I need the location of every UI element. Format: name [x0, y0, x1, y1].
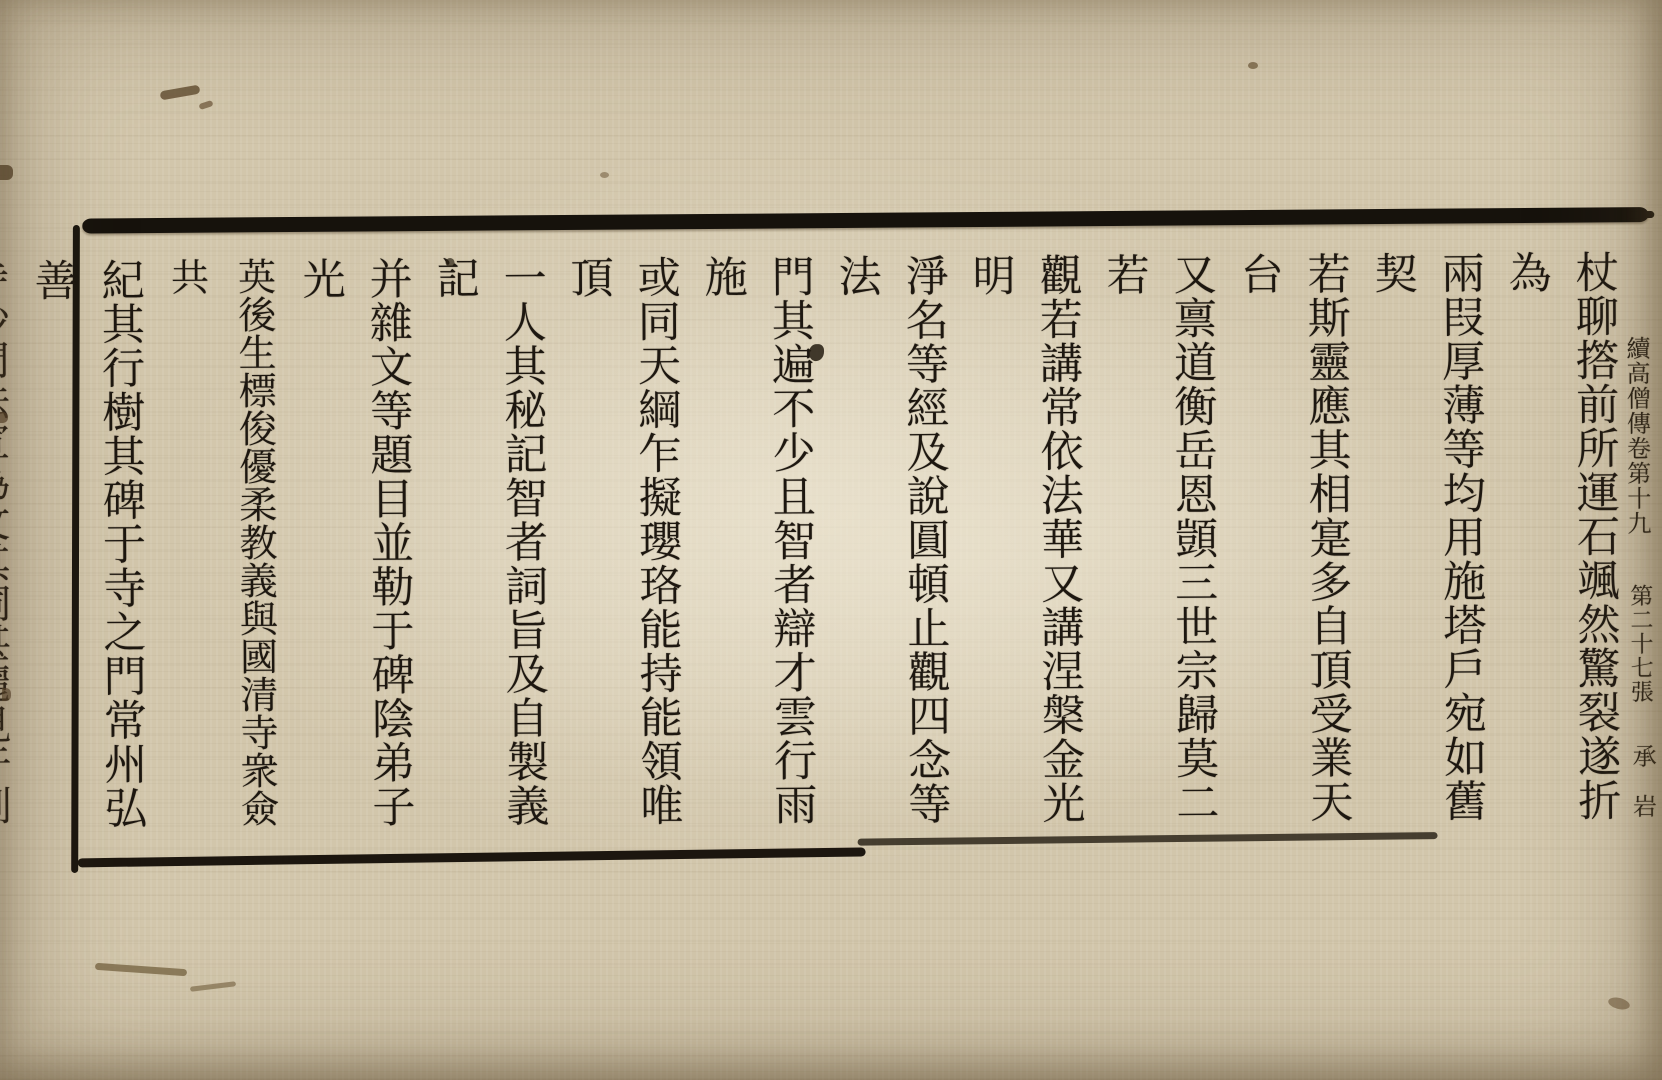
text-column: 觀若講常依法華又講涅槃金光明: [957, 253, 1094, 858]
margin-volume-title: 續高僧傳卷第十九: [1619, 336, 1655, 536]
text-column: 若斯靈應其相寔多自頂受業天台: [1224, 251, 1361, 856]
margin-sheet-number: 第二十七張: [1623, 584, 1657, 704]
text-frame: 杖聊撘前所運石颯然驚裂遂折為 兩叚厚薄等均用施塔戶宛如舊契 若斯靈應其相寔多自頂…: [0, 0, 1662, 1080]
text-column: 淨名等經及說圓頓止觀四念等法: [823, 253, 960, 858]
text-column: 杖聊撘前所運石颯然驚裂遂折為: [1492, 250, 1629, 855]
text-column: 門其遍不少且智者辯才雲行雨施: [689, 254, 826, 859]
text-column: 又禀道衡岳恩顗三世宗歸莫二若: [1090, 252, 1227, 857]
margin-carver-mark: 岩: [1625, 794, 1660, 819]
text-column: 或同天綱乍擬瓔珞能持能領唯頂: [555, 255, 692, 860]
text-column: 英後生標俊優柔教義與國清寺衆僉共: [153, 257, 290, 862]
scanned-page: { "document": { "kind": "woodblock-print…: [0, 0, 1662, 1080]
border-top-line: [82, 207, 1648, 233]
text-column: 一人其秘記智者詞旨及自製義記: [421, 255, 558, 860]
text-column: 寺沙門法宣為文其詞甚麗見于別集: [0, 258, 22, 863]
text-columns: 杖聊撘前所運石颯然驚裂遂折為 兩叚厚薄等均用施塔戶宛如舊契 若斯靈應其相寔多自頂…: [77, 250, 1630, 862]
text-column: 兩叚厚薄等均用施塔戶宛如舊契: [1358, 251, 1495, 856]
text-column: 紀其行樹其碑于寺之門常州弘善: [19, 258, 156, 863]
text-column: 并雜文等題目並勒于碑陰弟子光: [287, 256, 424, 861]
margin-case-mark: 承: [1625, 744, 1660, 769]
